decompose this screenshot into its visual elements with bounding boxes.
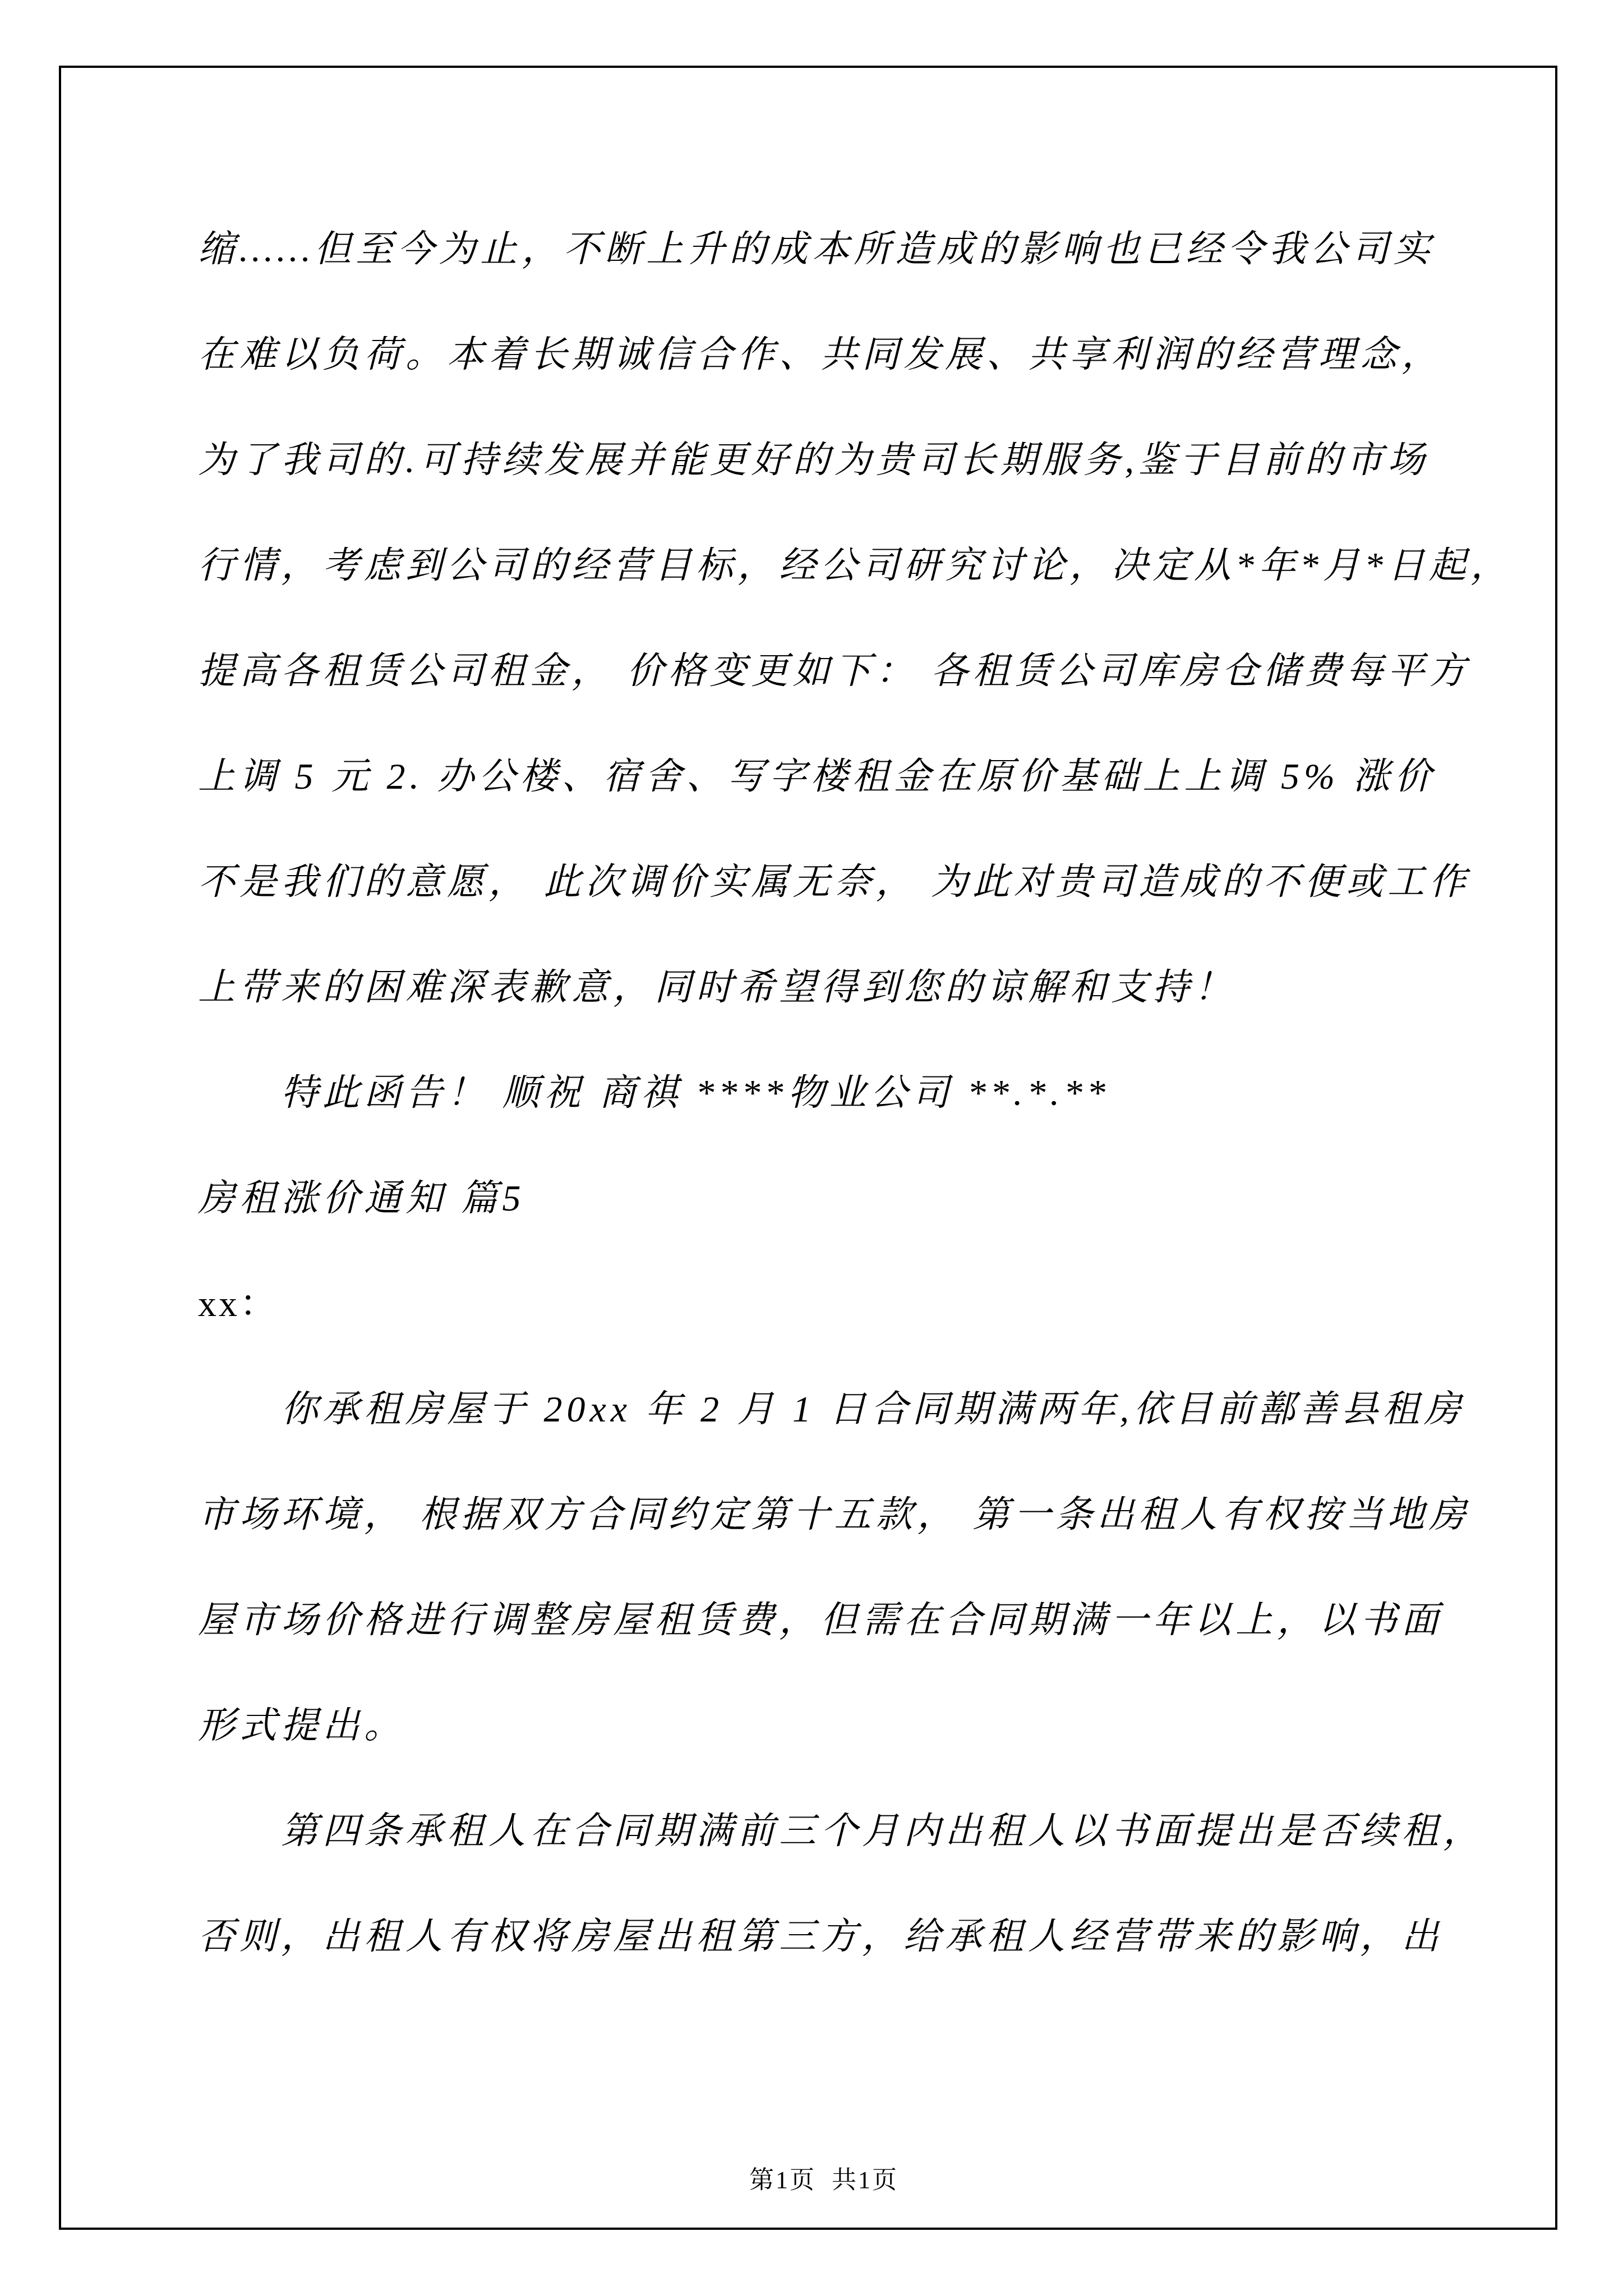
text-line: 特此函告！ 顺祝 商祺 ****物业公司 **.*.** bbox=[198, 1041, 1471, 1146]
text-line: 上带来的困难深表歉意，同时希望得到您的谅解和支持！ bbox=[198, 935, 1471, 1041]
salutation-line: xx： bbox=[198, 1251, 1471, 1357]
section-heading: 房租涨价通知 篇5 bbox=[198, 1146, 1471, 1251]
text-line: 形式提出。 bbox=[198, 1673, 1471, 1779]
text-line: 为了我司的.可持续发展并能更好的为贵司长期服务,鉴于目前的市场 bbox=[198, 408, 1471, 513]
text-line: 提高各租赁公司租金， 价格变更如下： 各租赁公司库房仓储费每平方 bbox=[198, 619, 1471, 724]
text-line: 在难以负荷。本着长期诚信合作、共同发展、共享利润的经营理念， bbox=[198, 302, 1471, 408]
text-line: 缩……但至今为止，不断上升的成本所造成的影响也已经令我公司实 bbox=[198, 197, 1471, 302]
text-line: 你承租房屋于 20xx 年 2 月 1 日合同期满两年,依目前鄯善县租房 bbox=[198, 1357, 1471, 1462]
text-line: 不是我们的意愿， 此次调价实属无奈， 为此对贵司造成的不便或工作 bbox=[198, 830, 1471, 935]
document-body: 缩……但至今为止，不断上升的成本所造成的影响也已经令我公司实 在难以负荷。本着长… bbox=[198, 197, 1471, 1990]
text-line: 屋市场价格进行调整房屋租赁费，但需在合同期满一年以上，以书面 bbox=[198, 1568, 1471, 1673]
text-line: 第四条承租人在合同期满前三个月内出租人以书面提出是否续租， bbox=[198, 1779, 1471, 1884]
page-footer: 第1页 共1页 bbox=[61, 2138, 1555, 2223]
text-line: 行情，考虑到公司的经营目标，经公司研究讨论，决定从*年*月*日起， bbox=[198, 513, 1471, 619]
page-border: 缩……但至今为止，不断上升的成本所造成的影响也已经令我公司实 在难以负荷。本着长… bbox=[59, 66, 1557, 2230]
text-line: 上调 5 元 2. 办公楼、宿舍、写字楼租金在原价基础上上调 5% 涨价 bbox=[198, 724, 1471, 830]
text-line: 市场环境， 根据双方合同约定第十五款， 第一条出租人有权按当地房 bbox=[198, 1462, 1471, 1568]
page-number-indicator: 第1页 共1页 bbox=[749, 2166, 898, 2194]
text-line: 否则，出租人有权将房屋出租第三方，给承租人经营带来的影响，出 bbox=[198, 1884, 1471, 1990]
